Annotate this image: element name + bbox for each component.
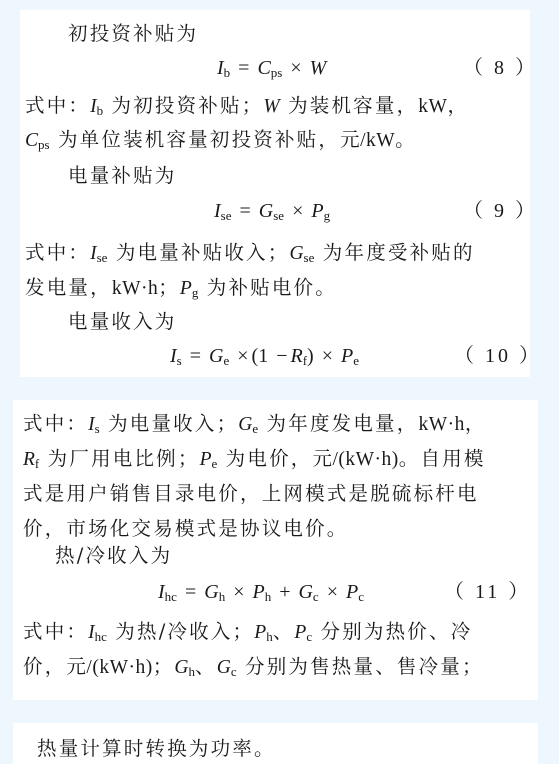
- definition-eq11-line-1: 式中：Ihc 为热/冷收入；Ph、Pc 分别为热价、冷: [23, 620, 472, 645]
- definition-eq11-line-2: 价，元/(kW·h)；Gh、Gc 分别为售热量、售冷量；: [23, 655, 484, 680]
- definition-eq10-line-3: 式是用户销售目录电价，上网模式是脱硫标杆电: [23, 482, 479, 506]
- equation-9-number: （ 9 ）: [463, 199, 538, 223]
- document-block-2: 式中：Is 为电量收入；Ge 为年度发电量，kW·h， Rf 为厂用电比例；Pe…: [13, 400, 538, 700]
- equation-9: Ise = Gse × Pg: [214, 199, 330, 223]
- definition-eq10-line-1: 式中：Is 为电量收入；Ge 为年度发电量，kW·h，: [23, 412, 487, 437]
- paragraph-heat-conversion-note: 热量计算时转换为功率。: [37, 737, 276, 761]
- definition-eq10-line-4: 价，市场化交易模式是协议电价。: [23, 517, 349, 541]
- equation-8-number: （ 8 ）: [463, 56, 538, 80]
- equation-11-number: （ 11 ）: [444, 580, 531, 604]
- paragraph-intro-heat-cold-income: 热/冷收入为: [55, 544, 172, 568]
- paragraph-intro-energy-income: 电量收入为: [68, 310, 177, 334]
- definition-eq8-line-1: 式中：Ib 为初投资补贴；W 为装机容量，kW，: [25, 94, 469, 119]
- equation-10-number: （ 10 ）: [454, 344, 542, 368]
- definition-eq9-line-2: 发电量，kW·h；Pg 为补贴电价。: [25, 276, 337, 301]
- definition-eq10-line-2: Rf 为厂用电比例；Pe 为电价，元/(kW·h)。自用模: [23, 447, 486, 472]
- definition-eq8-line-2: Cps 为单位装机容量初投资补贴，元/kW。: [25, 128, 417, 153]
- paragraph-intro-initial-subsidy: 初投资补贴为: [68, 22, 198, 46]
- equation-11: Ihc = Gh × Ph + Gc × Pc: [158, 580, 364, 604]
- document-block-3: 热量计算时转换为功率。: [13, 723, 538, 764]
- document-block-1: 初投资补贴为 Ib = Cps × W （ 8 ） 式中：Ib 为初投资补贴；W…: [20, 10, 530, 377]
- definition-eq9-line-1: 式中：Ise 为电量补贴收入；Gse 为年度受补贴的: [25, 241, 475, 266]
- paragraph-intro-energy-subsidy: 电量补贴为: [68, 164, 177, 188]
- equation-8: Ib = Cps × W: [217, 56, 326, 80]
- equation-10: Is = Ge ×(1 −Rf) × Pe: [170, 344, 359, 368]
